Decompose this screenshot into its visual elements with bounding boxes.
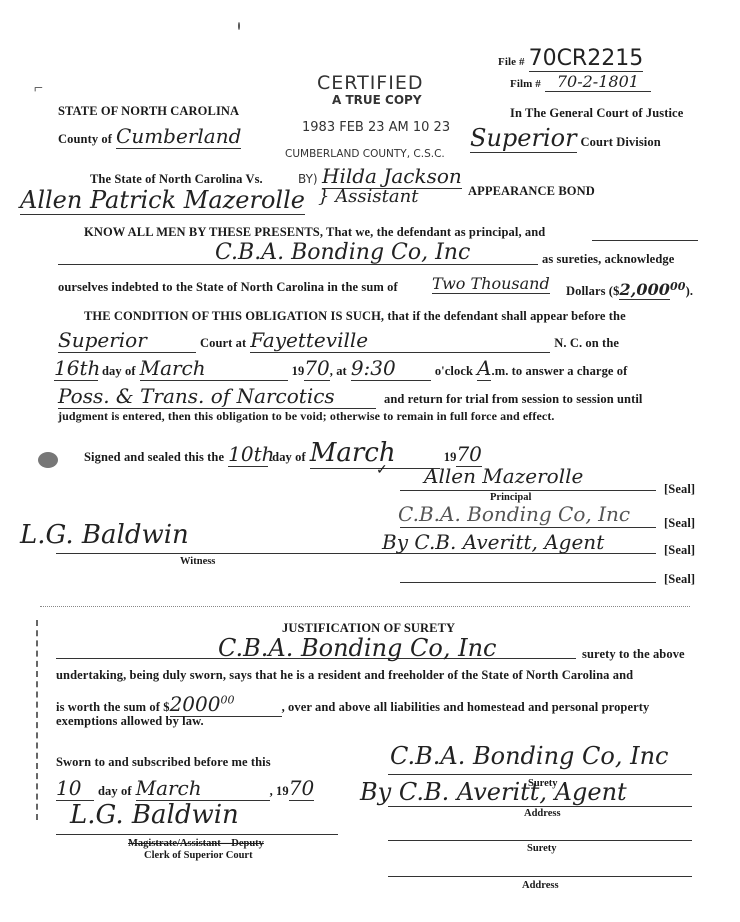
file-label: File #	[498, 56, 525, 68]
appear-date-line: 16th day of March 1970, at 9:30 o'clock …	[54, 356, 627, 381]
clerk-line	[56, 834, 338, 835]
sworn-label: Sworn to and subscribed before me this	[56, 755, 271, 770]
surety-right-signature: C.B.A. Bonding Co, Inc	[390, 742, 668, 770]
to-answer: .m. to answer a charge of	[491, 364, 627, 378]
file-value: 70CR2215	[529, 46, 644, 72]
sworn-day: 10	[56, 776, 94, 801]
clerk-label-1: Magistrate/Assistant—Deputy	[128, 838, 264, 849]
surety-name: C.B.A. Bonding Co, Inc	[215, 240, 470, 265]
division-value: Superior	[470, 124, 577, 153]
blank-line	[592, 240, 698, 241]
by-label: BY)	[298, 172, 318, 186]
notary-seal-mark	[38, 452, 58, 468]
county-field: County of Cumberland	[58, 124, 241, 148]
file-number: File # 70CR2215	[498, 46, 643, 71]
agent-signature: By C.B. Averitt, Agent	[382, 530, 604, 554]
sum-cents: 00	[670, 280, 686, 293]
surety-2-line	[388, 840, 692, 841]
true-copy-stamp: A TRUE COPY	[332, 93, 422, 107]
bond-title: APPEARANCE BOND	[468, 184, 595, 199]
charge: Poss. & Trans. of Narcotics	[58, 384, 376, 409]
nc-on-the: N. C. on the	[554, 336, 619, 350]
address-right-label: Address	[524, 808, 561, 819]
county-value: Cumberland	[116, 124, 241, 149]
close-paren: ).	[686, 284, 694, 298]
check-mark: ✓	[376, 462, 388, 479]
corner-mark: ⌐	[34, 80, 43, 98]
surety-signature: C.B.A. Bonding Co, Inc	[398, 502, 630, 526]
signed-line: Signed and sealed this the 10th day of M…	[84, 438, 482, 469]
appear-year: 70	[304, 356, 329, 381]
p1-line1: KNOW ALL MEN BY THESE PRESENTS, That we,…	[84, 225, 545, 240]
principal-signature: Allen Mazerolle	[424, 464, 583, 488]
charge-line: Poss. & Trans. of Narcotics and return f…	[58, 384, 643, 409]
principal-line	[400, 490, 656, 491]
court-city: Fayetteville	[250, 328, 550, 353]
binding-edge	[36, 620, 41, 820]
surety-sig-line	[400, 527, 656, 528]
worth-cents: 00	[220, 693, 234, 706]
worth-label: is worth the sum of $	[56, 700, 170, 714]
appear-time: 9:30	[351, 356, 431, 381]
seal-label-3: [Seal]	[664, 543, 695, 558]
court-at-label: Court at	[200, 336, 246, 350]
defendant-name: Allen Patrick Mazerolle	[20, 186, 305, 215]
worth-tail: , over and above all liabilities and hom…	[282, 700, 650, 714]
year-prefix-2: 19	[444, 450, 457, 464]
seal-label-4: [Seal]	[664, 572, 695, 587]
address-2-line	[388, 876, 692, 877]
sum-words: Two Thousand	[432, 274, 550, 294]
speck	[238, 22, 240, 30]
film-value: 70-2-1801	[545, 72, 651, 92]
sworn-year-prefix: 19	[276, 784, 289, 798]
signed-month: March	[310, 438, 440, 469]
perforation	[40, 606, 690, 607]
assistant-sig: } Assistant	[318, 186, 418, 207]
clerk-label-2: Clerk of Superior Court	[144, 850, 253, 861]
judgment-text: judgment is entered, then this obligatio…	[58, 409, 555, 424]
day-of-label: day of	[102, 364, 136, 378]
film-number: Film # 70-2-1801	[510, 72, 651, 92]
sworn-month: March	[136, 776, 270, 801]
extra-surety-line	[400, 582, 656, 583]
dollars-label: Dollars ($	[566, 284, 619, 298]
sworn-date-line: 10 day of March, 1970	[56, 776, 314, 801]
signed-label: Signed and sealed this the	[84, 450, 224, 464]
clerk-signature: L.G. Baldwin	[70, 800, 239, 830]
seal-label-1: [Seal]	[664, 482, 695, 497]
county-stamp: CUMBERLAND COUNTY, C.S.C.	[285, 148, 445, 160]
justification-surety-name: C.B.A. Bonding Co, Inc	[218, 634, 496, 662]
surety-2-label: Surety	[527, 843, 557, 854]
certified-stamp: CERTIFIED	[317, 72, 423, 94]
vs-text: The State of North Carolina Vs.	[90, 172, 263, 187]
state-heading: STATE OF NORTH CAROLINA	[58, 104, 239, 119]
witness-label: Witness	[180, 556, 215, 567]
appear-day: 16th	[54, 356, 98, 381]
ampm: A	[477, 356, 491, 381]
division-field: Superior Court Division	[470, 124, 661, 152]
signed-day: 10th	[228, 442, 268, 467]
seal-label-2: [Seal]	[664, 516, 695, 531]
p1-line2-tail: as sureties, acknowledge	[542, 252, 674, 267]
return-text: and return for trial from session to ses…	[384, 392, 643, 406]
at-label: , at	[330, 364, 347, 378]
film-label: Film #	[510, 78, 541, 90]
justification-line4: exemptions allowed by law.	[56, 714, 204, 729]
p2-line1: THE CONDITION OF THIS OBLIGATION IS SUCH…	[84, 309, 626, 324]
sum-figure: 2,000	[619, 280, 670, 300]
county-label: County of	[58, 132, 112, 146]
sworn-year: 70	[289, 776, 314, 801]
court-header: In The General Court of Justice	[510, 106, 683, 121]
sworn-day-of: day of	[98, 784, 132, 798]
appear-month: March	[140, 356, 288, 381]
day-of-label-2: day of	[272, 450, 306, 464]
address-right-line	[388, 806, 692, 807]
address-2-label: Address	[522, 880, 559, 891]
division-label: Court Division	[581, 135, 661, 149]
surety-right-line	[388, 774, 692, 775]
sum-figure-wrap: Dollars ($2,00000).	[566, 280, 693, 299]
worth-value: 2000	[170, 692, 221, 716]
year-prefix: 19	[292, 364, 305, 378]
justification-line1-tail: surety to the above	[582, 647, 685, 662]
court-line: Superior Court at Fayetteville N. C. on …	[58, 328, 700, 353]
court-value: Superior	[58, 328, 196, 353]
witness-signature: L.G. Baldwin	[20, 520, 189, 550]
assistant-label: Assistant	[335, 186, 418, 207]
justification-line2: undertaking, being duly sworn, says that…	[56, 668, 633, 683]
date-stamp: 1983 FEB 23 AM 10 23	[302, 120, 450, 135]
agent-right-signature: By C.B. Averitt, Agent	[360, 778, 627, 806]
p1-line3-head: ourselves indebted to the State of North…	[58, 280, 398, 295]
oclock-label: o'clock	[435, 364, 473, 378]
